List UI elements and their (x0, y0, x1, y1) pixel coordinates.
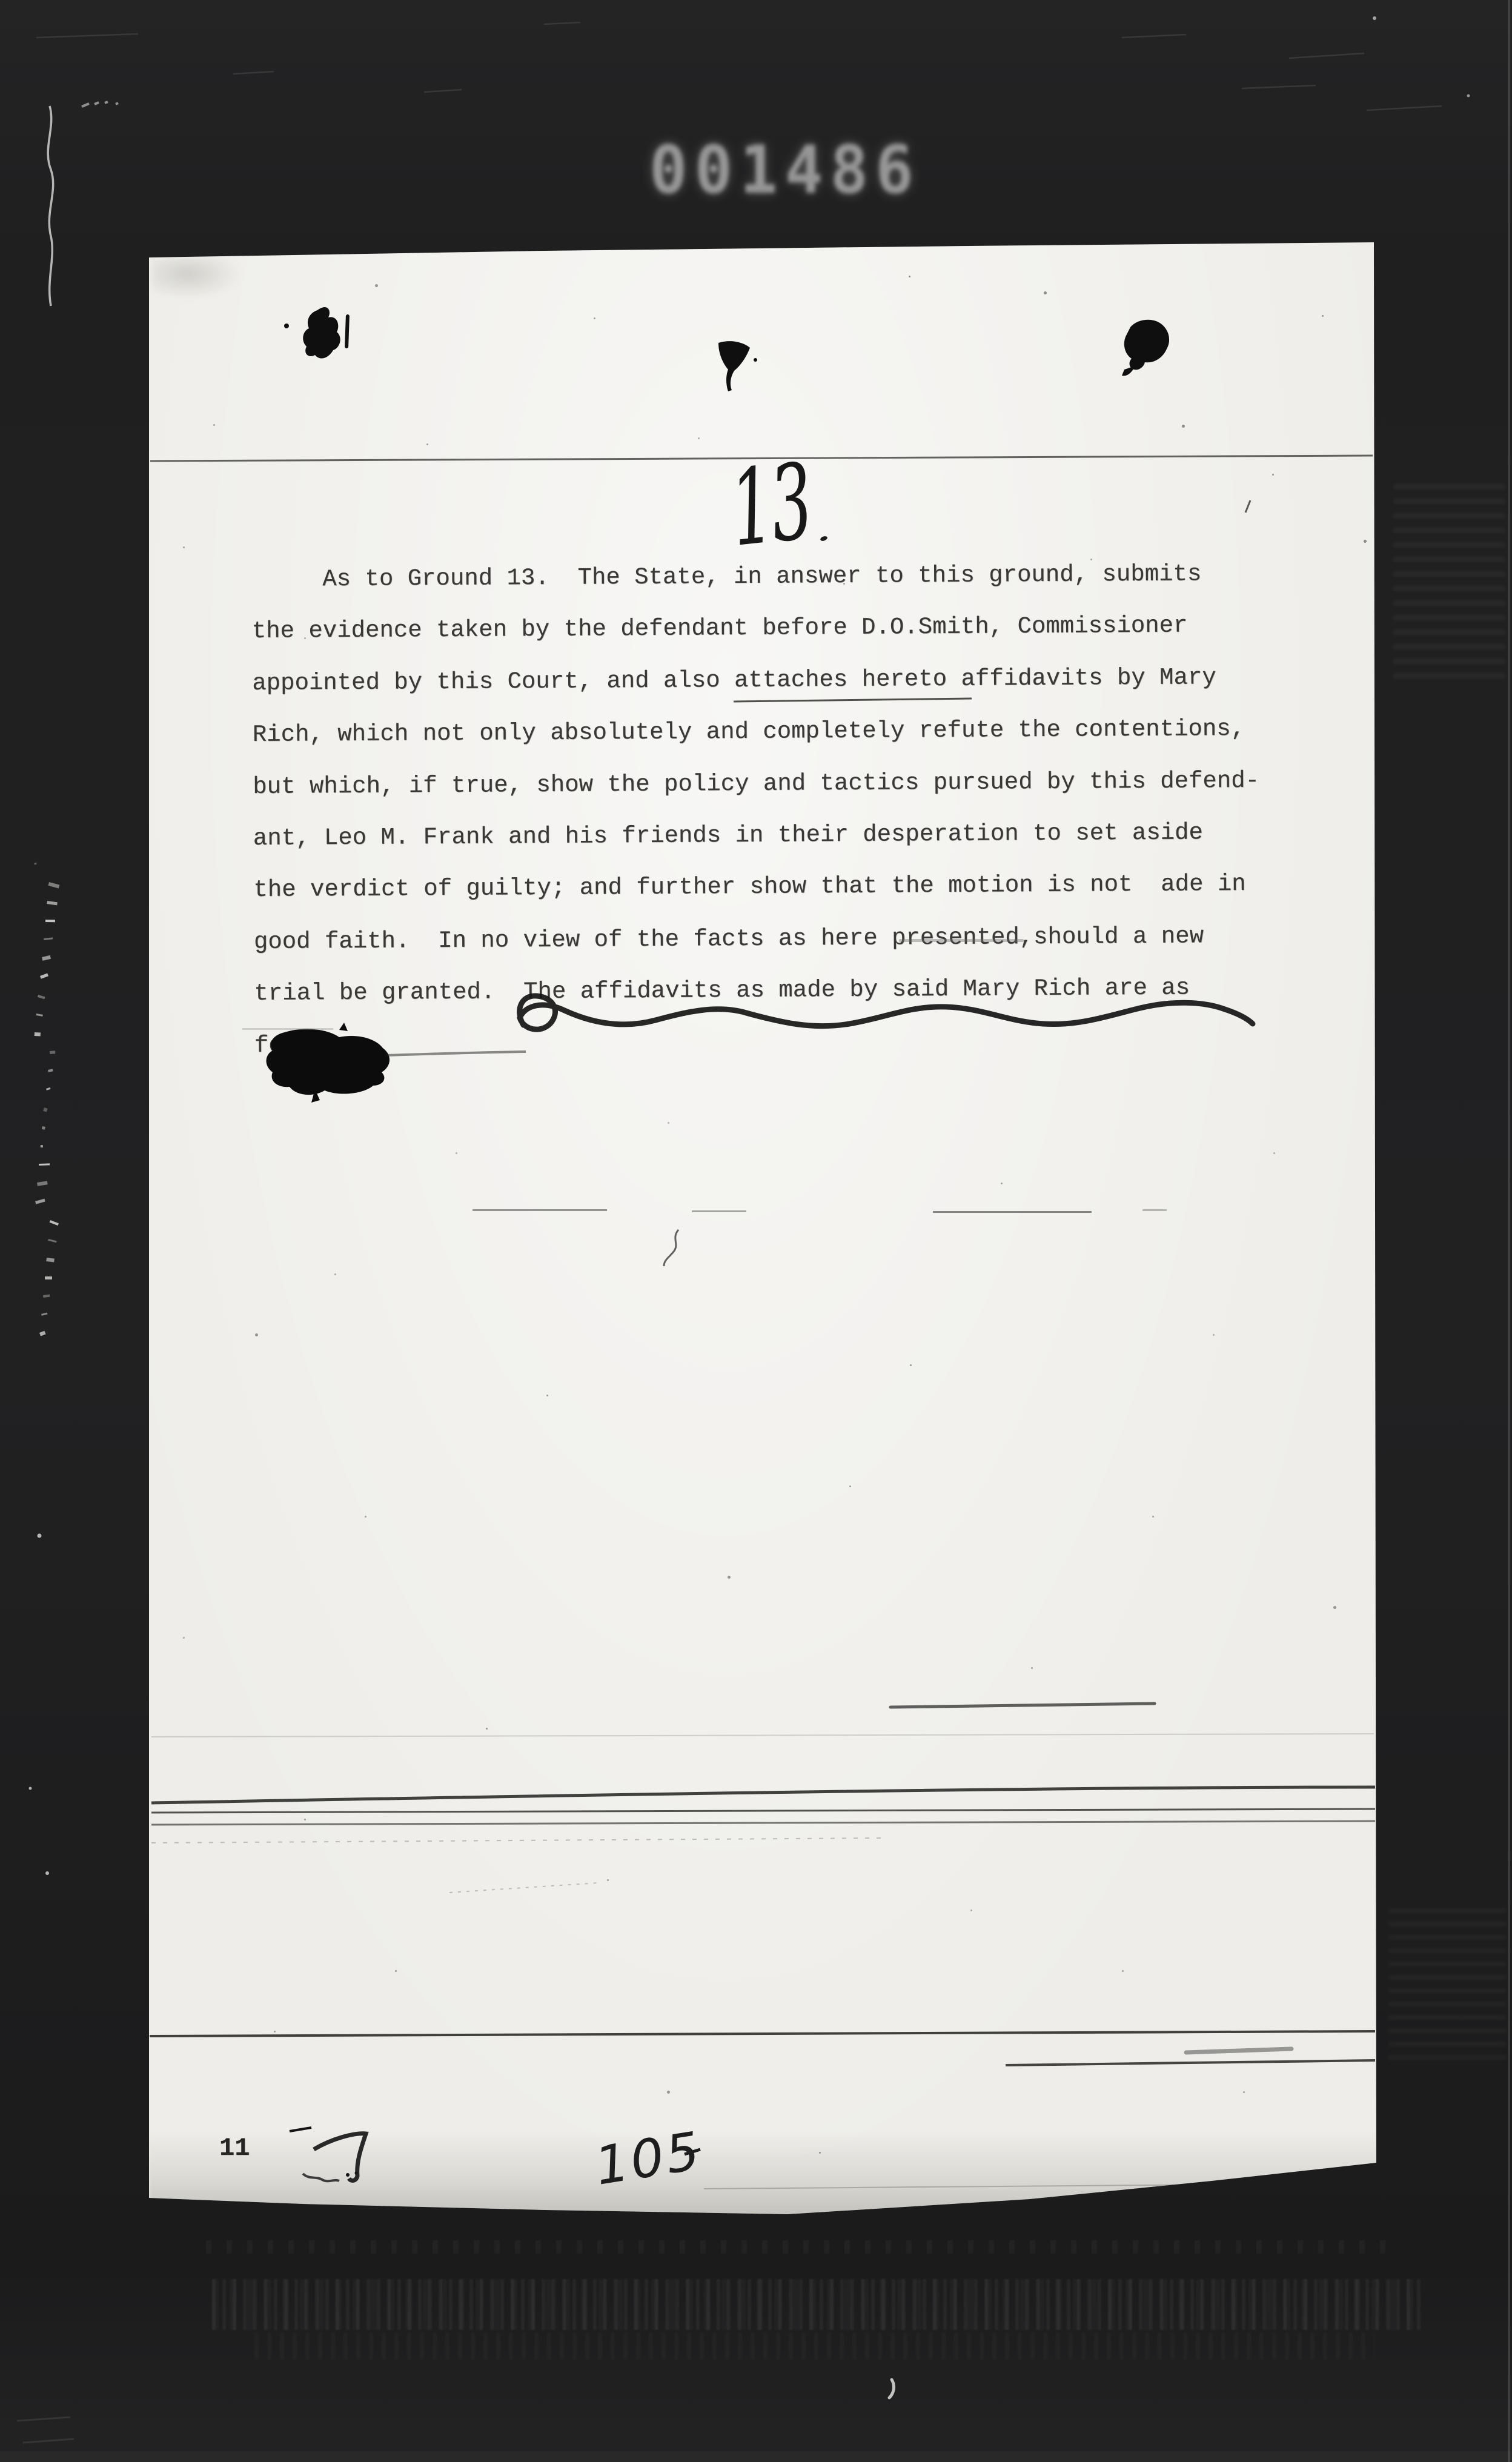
document-page: As to Ground 13. The State, in answer to… (0, 0, 1512, 2462)
film-specks (82, 102, 118, 107)
typed-line: Rich, which not only absolutely and comp… (253, 703, 1282, 761)
pen-dot (820, 536, 828, 542)
pen-squiggle (664, 1230, 678, 1266)
film-edge-band (0, 2451, 1512, 2462)
film-edge-line (1508, 0, 1510, 2462)
typed-line: trial be granted. The affidavits as made… (254, 962, 1284, 1020)
typed-paragraph: As to Ground 13. The State, in answer to… (251, 548, 1284, 1072)
bottom-left-marks (17, 2417, 74, 2443)
edge-speckle-band (34, 863, 59, 1336)
typed-line: As to Ground 13. The State, in answer to… (251, 548, 1281, 606)
white-comma-mark (889, 2380, 894, 2398)
typed-line: good faith. In no view of the facts as h… (254, 910, 1284, 968)
ink-blots (284, 307, 1169, 391)
page-ink-marks: 13 (0, 0, 1512, 2462)
ghost-text-band (206, 2240, 1393, 2254)
typed-page-number: 11 (219, 2134, 250, 2163)
margin-bleedthrough (1393, 479, 1505, 679)
typed-line: follow (254, 1014, 1284, 1072)
typed-line: appointed by this Court, and also attach… (252, 651, 1282, 709)
microfilm-scan: 001486 As to Ground 13. The State, in an… (0, 0, 1512, 2462)
faint-margin-streaks (36, 22, 1442, 110)
paper-dust (0, 0, 2, 2)
bottom-mottle (149, 2132, 1379, 2217)
film-scratch (48, 106, 53, 306)
typed-line: but which, if true, show the policy and … (253, 755, 1282, 813)
typed-line: ant, Leo M. Frank and his friends in the… (253, 807, 1283, 865)
ghost-text-band (212, 2279, 1424, 2330)
pen-tick (1245, 500, 1250, 513)
typed-line: the evidence taken by the defendant befo… (252, 600, 1282, 658)
dashed-artifact-line (472, 1209, 1167, 1213)
ruled-line (150, 456, 1373, 461)
film-frame-stamp: 001486 (649, 136, 921, 202)
scan-artifact-lines (150, 1704, 1375, 2189)
corner-smudge (151, 257, 242, 299)
margin-bleedthrough (1388, 1902, 1507, 2060)
typed-line: the verdict of guilty; and further show … (253, 858, 1283, 917)
ghost-text-band (254, 2332, 1375, 2360)
